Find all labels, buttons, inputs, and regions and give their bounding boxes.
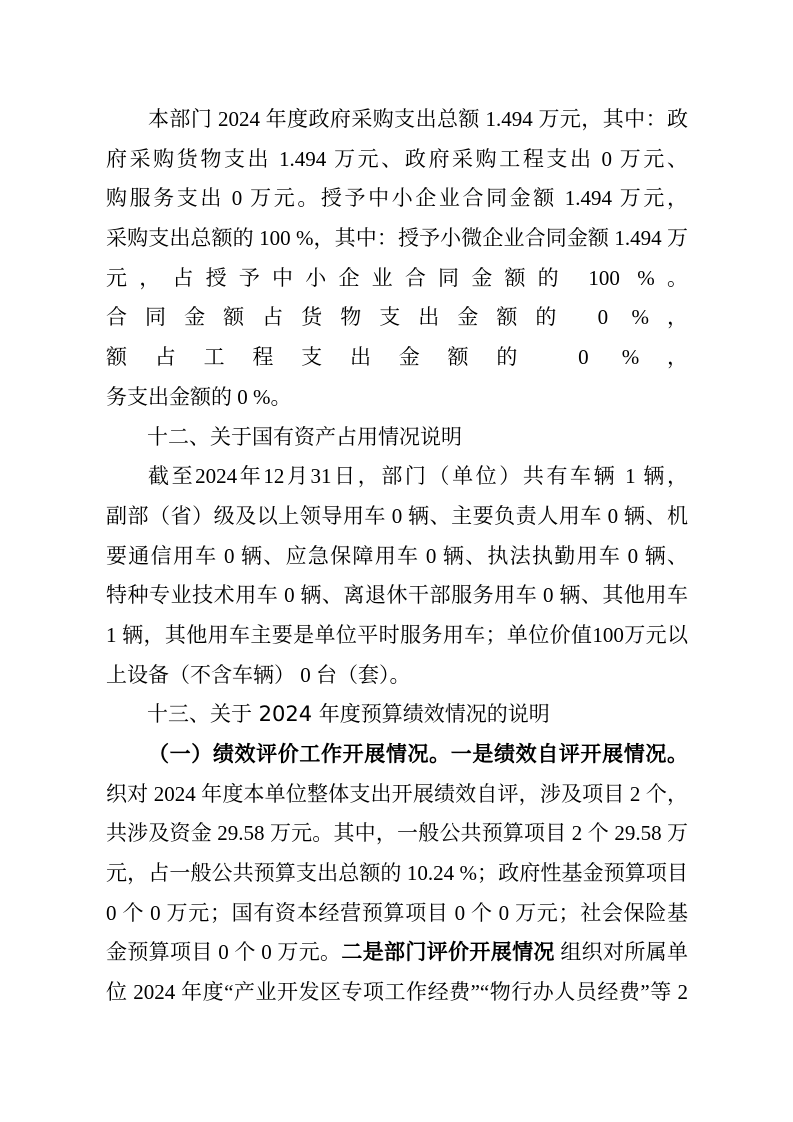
text-line: 共涉及资金 29.58 万元。其中，一般公共预算项目 2 个 29.58 万 [106,814,688,854]
text-line: 上设备（不含车辆） 0 台（套）。 [106,656,688,696]
text-line: 要通信用车 0 辆、应急保障用车 0 辆、执法执勤用车 0 辆、 [106,537,688,577]
text-line: 截至2024年12月31日，部门（单位）共有车辆 1 辆，其中， [106,457,688,497]
subheading-performance-evaluation: （一）绩效评价工作开展情况。一是绩效自评开展情况。 [148,742,688,766]
text-line: 特种专业技术用车 0 辆、离退休干部服务用车 0 辆、其他用车 [106,576,688,616]
text-line: 额占工程支出金额的 0 %，服务采购授予中小企业合同金额占服 [106,338,688,378]
paragraph-budget-performance: （一）绩效评价工作开展情况。一是绩效自评开展情况。组 织对 2024 年度本单位… [106,735,688,1013]
section-heading-state-assets: 十二、关于国有资产占用情况说明 [106,418,688,458]
text-run: 金预算项目 0 个 0 万元。 [106,940,341,964]
section-heading-budget-performance: 十三、关于 2024 年度预算绩效情况的说明 [106,695,688,735]
text-line: 元，占一般公共预算支出总额的 10.24 %；政府性基金预算项目 [106,854,688,894]
text-line: 织对 2024 年度本单位整体支出开展绩效自评，涉及项目 2 个， [106,775,688,815]
text-line: 元，占授予中小企业合同金额的 100 %。货物采购授予中小企业 [106,259,688,299]
text-line: 1 辆，其他用车主要是单位平时服务用车；单位价值100万元以 [106,616,688,656]
text-run: 组织对所属单 [555,940,688,964]
text-line: 位 2024 年度“产业开发区专项工作经费”“物行办人员经费”等 2 [106,973,688,1013]
text-line: 金预算项目 0 个 0 万元。二是部门评价开展情况 组织对所属单 [106,933,688,973]
text-line: 副部（省）级及以上领导用车 0 辆、主要负责人用车 0 辆、机 [106,497,688,537]
paragraph-state-owned-assets: 截至2024年12月31日，部门（单位）共有车辆 1 辆，其中， 副部（省）级及… [106,457,688,695]
text-line: 采购支出总额的 100 %，其中：授予小微企业合同金额 1.494 万 [106,219,688,259]
text-line: 本部门 2024 年度政府采购支出总额 1.494 万元，其中：政 [106,100,688,140]
paragraph-government-procurement: 本部门 2024 年度政府采购支出总额 1.494 万元，其中：政 府采购货物支… [106,100,688,418]
text-line: （一）绩效评价工作开展情况。一是绩效自评开展情况。组 [106,735,688,775]
text-line: 合同金额占货物支出金额的 0 %，工程采购授予中小企业合同金 [106,298,688,338]
subheading-department-evaluation: 二是部门评价开展情况 [341,940,554,964]
text-line: 0 个 0 万元；国有资本经营预算项目 0 个 0 万元；社会保险基 [106,894,688,934]
page-body: 本部门 2024 年度政府采购支出总额 1.494 万元，其中：政 府采购货物支… [106,100,688,1013]
text-line: 购服务支出 0 万元。授予中小企业合同金额 1.494 万元，占政府 [106,179,688,219]
text-line: 务支出金额的 0 %。 [106,378,688,418]
text-line: 府采购货物支出 1.494 万元、政府采购工程支出 0 万元、政府采 [106,140,688,180]
document-page: 本部门 2024 年度政府采购支出总额 1.494 万元，其中：政 府采购货物支… [0,0,793,1122]
